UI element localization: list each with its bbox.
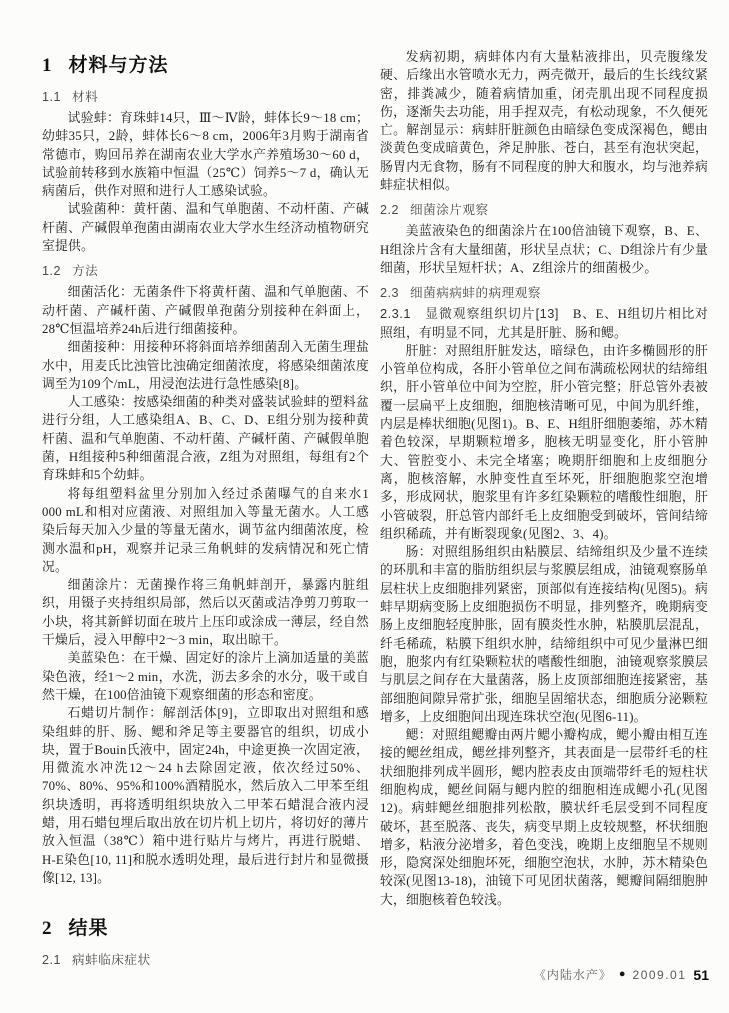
subsection-number: 2.1 (42, 953, 61, 967)
issue-date: 2009.01 (633, 968, 687, 982)
section-heading-1: 1 材料与方法 (42, 50, 369, 77)
subsection-number: 2.3 (380, 286, 399, 300)
paragraph-bacteria-inoculation: 细菌接种：用接种环将斜面培养细菌刮入无菌生理盐水中，用麦氏比浊管比浊确定细菌浓度… (42, 338, 369, 393)
subsection-heading-2-2: 2.2 细菌涂片观察 (380, 199, 708, 218)
paragraph-methylene-blue: 美蓝染色：在干燥、固定好的涂片上滴加适量的美蓝染色液，经1～2 min，水洗，沥… (42, 649, 369, 704)
subsection-heading-1-1: 1.1 材料 (42, 86, 369, 105)
paragraph-bacteria-smear: 细菌涂片：无菌操作将三角帆蚌剖开，暴露内脏组织，用镊子夹持组织局部，然后以灭菌或… (42, 576, 369, 649)
section-title: 结果 (69, 913, 109, 940)
paragraph-test-mussels: 试验蚌：育珠蚌14只，Ⅲ～Ⅳ龄，蚌体长9～18 cm；幼蚌35只，2龄，蚌体长6… (42, 109, 369, 200)
subsection-title: 细菌涂片观察 (410, 199, 489, 218)
paragraph-clinical-symptoms: 发病初期，病蚌体内有大量粘液排出，贝壳腹缘发硬、后缘出水管喷水无力，两壳微开，最… (380, 48, 708, 194)
section-title: 材料与方法 (69, 50, 169, 77)
journal-name: 《内陆水产》 (534, 966, 612, 983)
subsection-title: 材料 (72, 86, 98, 105)
scanned-paper-page: 1 材料与方法 1.1 材料 试验蚌：育珠蚌14只，Ⅲ～Ⅳ龄，蚌体长9～18 c… (0, 0, 729, 1013)
subsection-number: 2.2 (380, 203, 399, 217)
subsubsection-heading-2-3-1: 2.3.1 显微观察组织切片[13] (380, 306, 559, 321)
page-footer: 《内陆水产》 ● 2009.01 51 (524, 966, 709, 983)
paragraph-paraffin-section: 石蜡切片制作：解剖活体[9]，立即取出对照组和感染组蚌的肝、肠、鳃和斧足等主要器… (42, 704, 369, 887)
subsection-heading-1-2: 1.2 方法 (42, 260, 369, 279)
section-number: 1 (42, 55, 53, 77)
subsection-heading-2-3: 2.3 细菌病病蚌的病理观察 (380, 282, 708, 301)
paragraph-artificial-infection: 人工感染：按感染细菌的种类对盛装试验蚌的塑料盆进行分组，人工感染组A、B、C、D… (42, 393, 369, 484)
page-number: 51 (693, 967, 709, 983)
paragraph-microscopy-runin: 2.3.1 显微观察组织切片[13] B、E、H组切片相比对照组，有明显不同，尤… (380, 305, 708, 342)
subsection-heading-2-1: 2.1 病蚌临床症状 (42, 949, 369, 968)
subsection-title: 病蚌临床症状 (72, 949, 151, 968)
bullet-icon: ● (619, 969, 626, 980)
right-column: 发病初期，病蚌体内有大量粘液排出，贝壳腹缘发硬、后缘出水管喷水无力，两壳微开，最… (380, 48, 708, 909)
paragraph-intestine-pathology: 肠：对照组肠组织由粘膜层、结缔组织及少量不连续的环肌和丰富的脂肪组织层与浆膜层组… (380, 543, 708, 726)
paragraph-bacteria-activation: 细菌活化：无菌条件下将黄杆菌、温和气单胞菌、不动杆菌、产碱杆菌、产碱假单孢菌分别… (42, 283, 369, 338)
left-column: 1 材料与方法 1.1 材料 试验蚌：育珠蚌14只，Ⅲ～Ⅳ龄，蚌体长9～18 c… (42, 48, 369, 972)
subsection-title: 细菌病病蚌的病理观察 (410, 282, 541, 301)
paragraph-test-strains: 试验菌种：黄杆菌、温和气单胞菌、不动杆菌、产碱杆菌、产碱假单孢菌由湖南农业大学水… (42, 200, 369, 255)
section-number: 2 (42, 918, 53, 940)
paragraph-liver-pathology: 肝脏：对照组肝脏发达，暗绿色，由许多椭圆形的肝小管单位构成，各肝小管单位之间布满… (380, 342, 708, 543)
section-heading-2: 2 结果 (42, 913, 369, 940)
subsection-number: 1.1 (42, 90, 61, 104)
paragraph-infection-water: 将每组塑料盆里分别加入经过杀菌曝气的自来水1 000 mL和相对应菌液、对照组加… (42, 485, 369, 576)
paragraph-smear-observation: 美蓝液染色的细菌涂片在100倍油镜下观察，B、E、H组涂片含有大量细菌，形状呈点… (380, 222, 708, 277)
subsection-title: 方法 (72, 260, 98, 279)
subsection-number: 1.2 (42, 264, 61, 278)
paragraph-gill-pathology: 鳃：对照组鳃瓣由两片鳃小瓣构成，鳃小瓣由相互连接的鳃丝组成，鳃丝排列整齐，其表面… (380, 726, 708, 909)
